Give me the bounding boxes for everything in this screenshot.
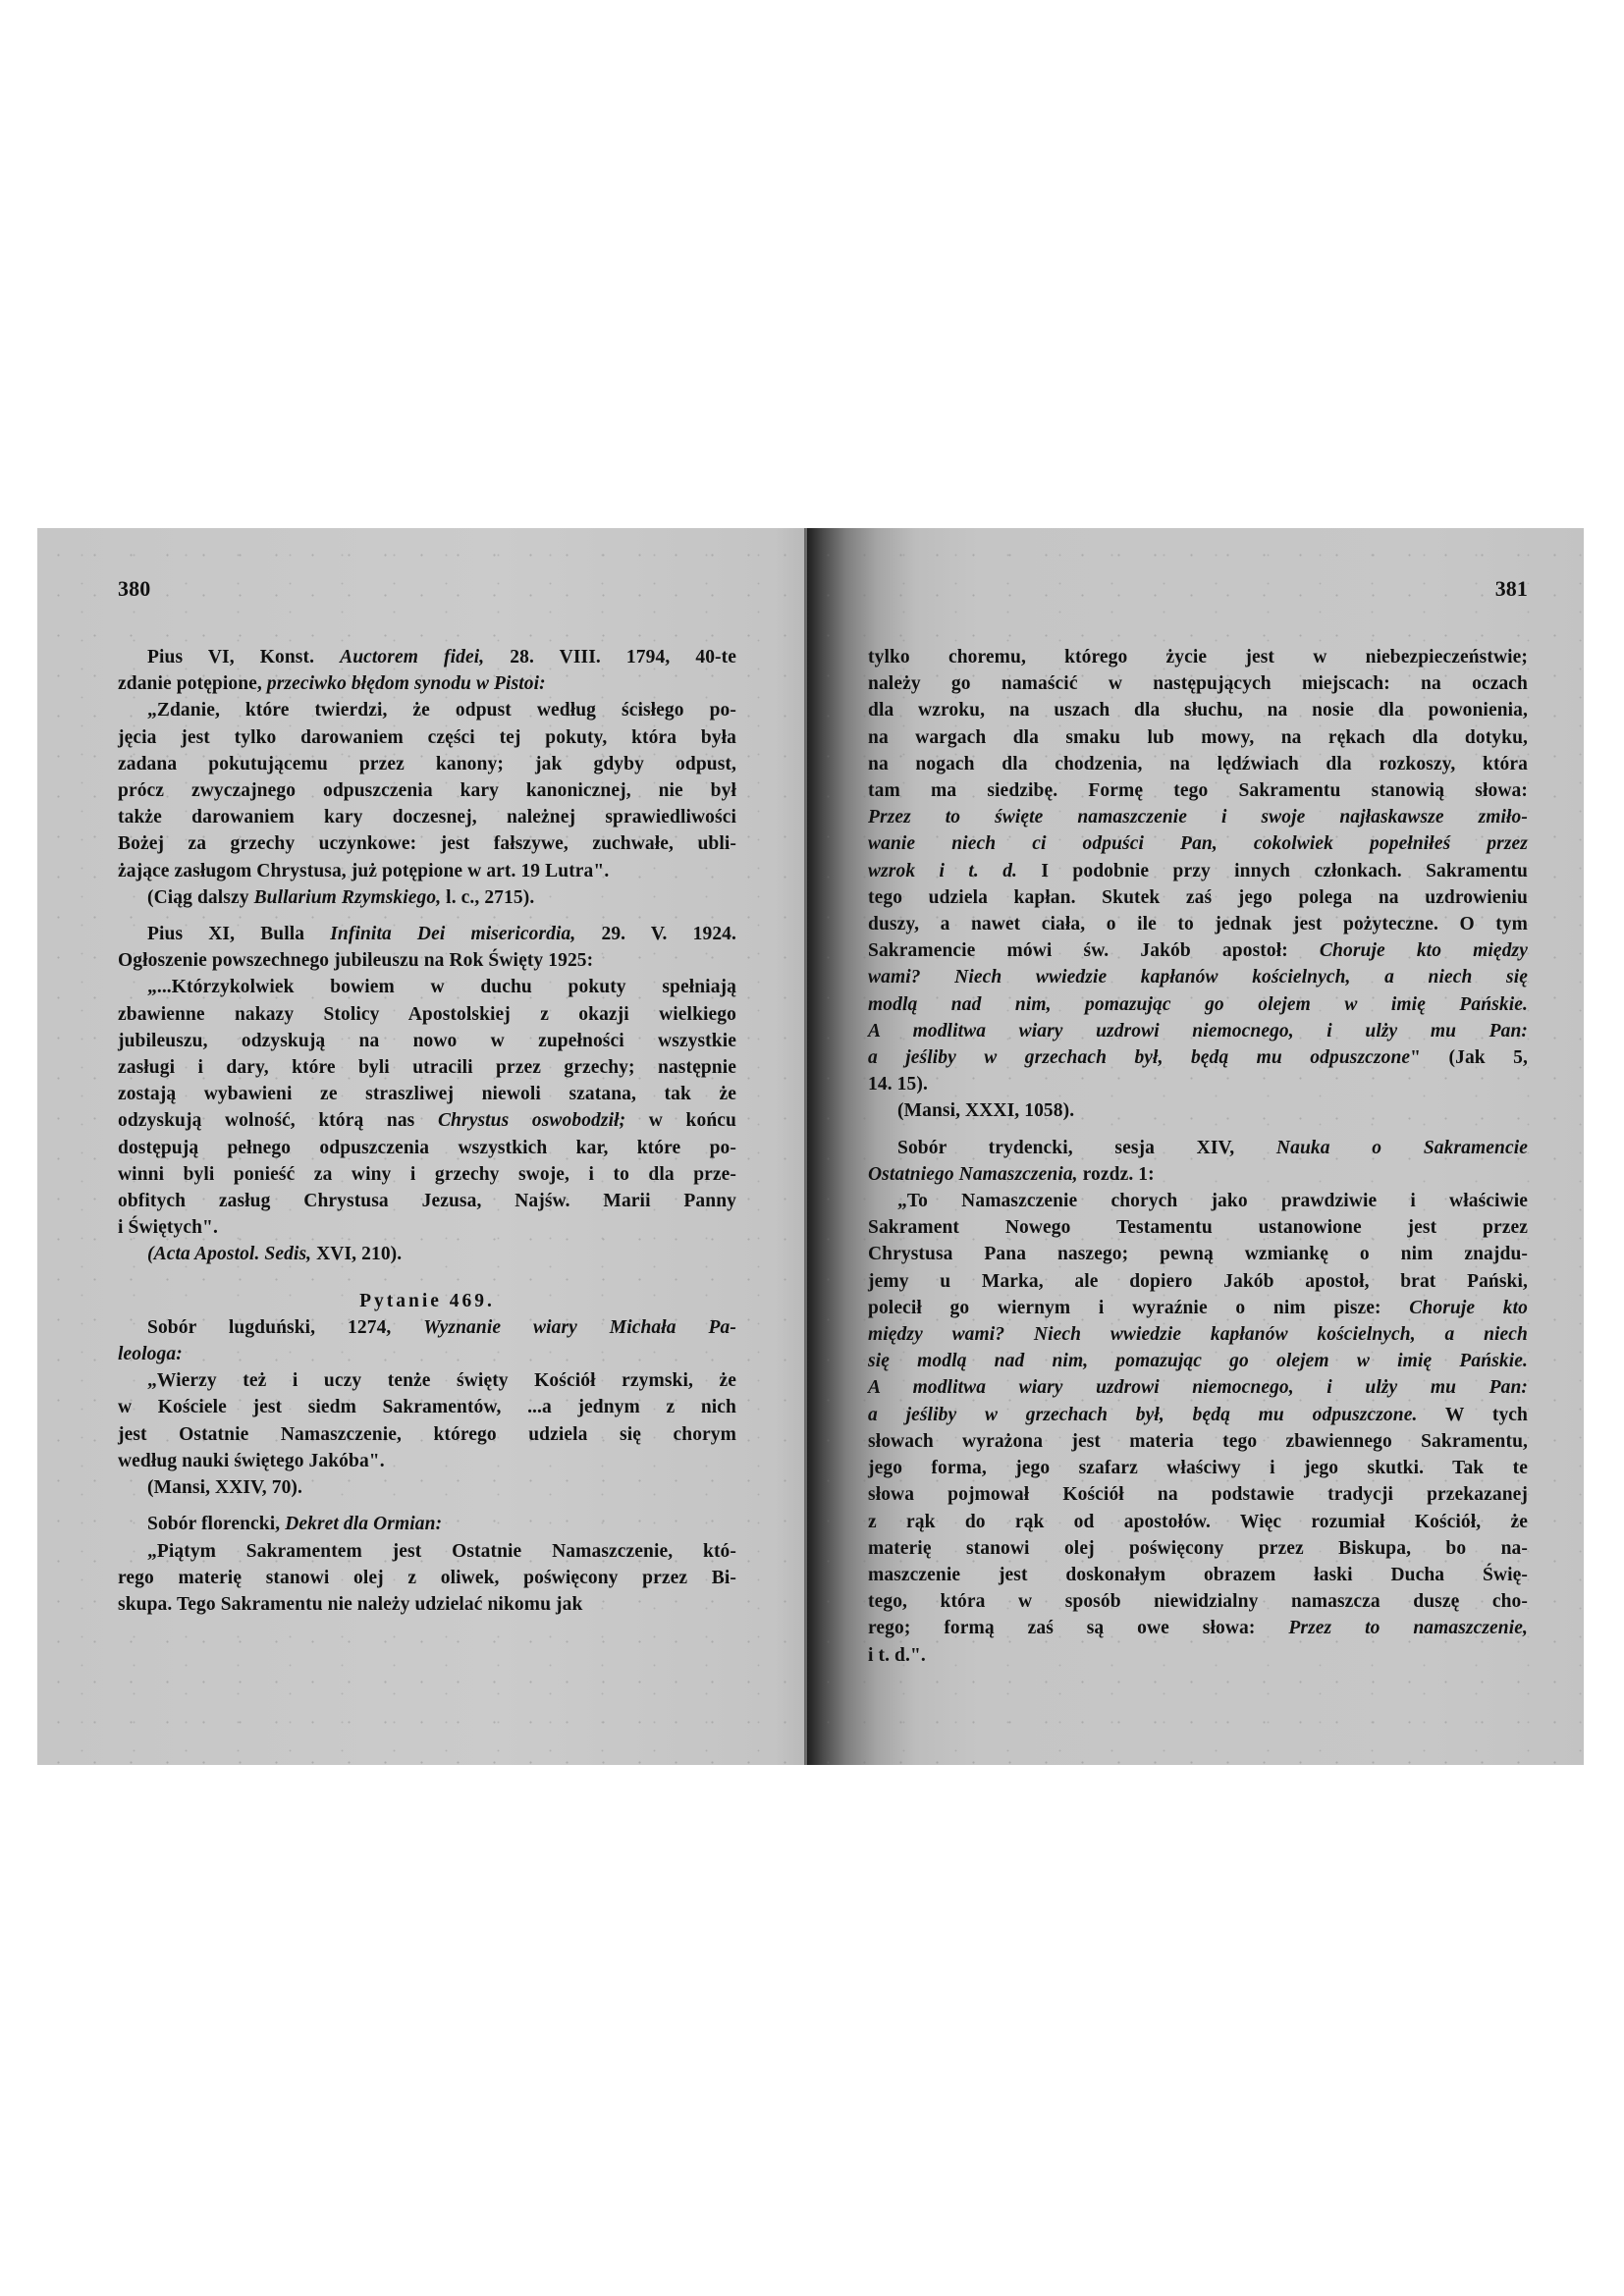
text-line: „Wierzy też i uczy tenże święty Kościół …: [118, 1367, 736, 1394]
text-line: zbawienne nakazy Stolicy Apostolskiej z …: [118, 1001, 736, 1028]
text-line: jego forma, jego szafarz właściwy i jego…: [868, 1455, 1528, 1481]
text-line: i Świętych".: [118, 1214, 736, 1241]
left-page-text: 380 Pius VI, Konst. Auctorem fidei, 28. …: [118, 575, 736, 1618]
text-line: Sobór florencki, Dekret dla Ormian:: [118, 1511, 736, 1537]
text-line: wanie niech ci odpuści Pan, cokolwiek po…: [868, 830, 1528, 857]
text-line: leologa:: [118, 1341, 736, 1367]
text-line: Sakramencie mówi św. Jakób apostoł: Chor…: [868, 937, 1528, 964]
text-line: także darowaniem kary doczesnej, należne…: [118, 804, 736, 830]
right-page-text: 381 tylko choremu, którego życie jest w …: [868, 575, 1528, 1669]
text-line: Sobór lugduński, 1274, Wyznanie wiary Mi…: [118, 1314, 736, 1341]
text-line: się modlą nad nim, pomazując go olejem w…: [868, 1348, 1528, 1374]
text-line: rego; formą zaś są owe słowa: Przez to n…: [868, 1615, 1528, 1641]
book-spread-scan: 380 Pius VI, Konst. Auctorem fidei, 28. …: [37, 528, 1584, 1765]
text-line: polecił go wiernym i wyraźnie o nim pisz…: [868, 1295, 1528, 1321]
right-page-body: tylko choremu, którego życie jest w nieb…: [868, 644, 1528, 1669]
citation-line: (Ciąg dalszy Bullarium Rzymskiego, l. c.…: [118, 884, 736, 911]
text-line: Bożej za grzechy uczynkowe: jest fałszyw…: [118, 830, 736, 857]
text-line: Sakrament Nowego Testamentu ustanowione …: [868, 1214, 1528, 1241]
text-line: dostępują pełnego odpuszczenia wszystkic…: [118, 1135, 736, 1161]
text-line: tego, która w sposób niewidzialny namasz…: [868, 1588, 1528, 1615]
text-line: Pius VI, Konst. Auctorem fidei, 28. VIII…: [118, 644, 736, 670]
text-line: Ostatniego Namaszczenia, rozdz. 1:: [868, 1161, 1528, 1188]
text-line: rego materię stanowi olej z oliwek, pośw…: [118, 1565, 736, 1591]
text-line: Pius XI, Bulla Infinita Dei misericordia…: [118, 921, 736, 947]
citation-line: (Mansi, XXIV, 70).: [118, 1474, 736, 1501]
text-line: w Kościele jest siedm Sakramentów, ...a …: [118, 1394, 736, 1420]
text-line: zasługi i dary, które byli utracili prze…: [118, 1054, 736, 1081]
text-line: tego udziela kapłan. Skutek zaś jego pol…: [868, 884, 1528, 911]
text-line: na nogach dla chodzenia, na lędźwiach dl…: [868, 751, 1528, 777]
text-line: prócz zwyczajnego odpuszczenia kary kano…: [118, 777, 736, 804]
text-line: skupa. Tego Sakramentu nie należy udziel…: [118, 1591, 736, 1618]
text-line: jest Ostatnie Namaszczenie, którego udzi…: [118, 1421, 736, 1448]
page-number-right: 381: [868, 575, 1528, 644]
text-line: należy go namaścić w następujących miejs…: [868, 670, 1528, 697]
text-line: obfitych zasług Chrystusa Jezusa, Najśw.…: [118, 1188, 736, 1214]
text-line: według nauki świętego Jakóba".: [118, 1448, 736, 1474]
text-line: „Piątym Sakramentem jest Ostatnie Namasz…: [118, 1538, 736, 1565]
text-line: winni byli ponieść za winy i grzechy swo…: [118, 1161, 736, 1188]
section-heading: Pytanie 469.: [118, 1288, 736, 1314]
citation-line: (Acta Apostol. Sedis, XVI, 210).: [118, 1241, 736, 1267]
text-line: żające zasługom Chrystusa, już potępione…: [118, 858, 736, 884]
text-line: Chrystusa Pana naszego; pewną wzmiankę o…: [868, 1241, 1528, 1267]
text-line: i t. d.".: [868, 1642, 1528, 1669]
text-line: A modlitwa wiary uzdrowi niemocnego, i u…: [868, 1018, 1528, 1044]
page-number-left: 380: [118, 575, 736, 644]
text-line: na wargach dla smaku lub mowy, na rękach…: [868, 724, 1528, 751]
text-line: Sobór trydencki, sesja XIV, Nauka o Sakr…: [868, 1135, 1528, 1161]
text-line: zdanie potępione, przeciwko błędom synod…: [118, 670, 736, 697]
text-line: wzrok i t. d. I podobnie przy innych czł…: [868, 858, 1528, 884]
citation-line: (Mansi, XXXI, 1058).: [868, 1097, 1528, 1124]
text-line: materię stanowi olej poświęcony przez Bi…: [868, 1535, 1528, 1562]
text-line: wami? Niech wwiedzie kapłanów kościelnyc…: [868, 964, 1528, 990]
text-line: maszczenie jest doskonałym obrazem łaski…: [868, 1562, 1528, 1588]
text-line: zostają wybawieni ze straszliwej niewoli…: [118, 1081, 736, 1107]
text-line: jęcia jest tylko darowaniem części tej p…: [118, 724, 736, 751]
text-line: modlą nad nim, pomazując go olejem w imi…: [868, 991, 1528, 1018]
text-line: tam ma siedzibę. Formę tego Sakramentu s…: [868, 777, 1528, 804]
text-line: jemy u Marka, ale dopiero Jakób apostoł,…: [868, 1268, 1528, 1295]
text-line: odzyskują wolność, którą nas Chrystus os…: [118, 1107, 736, 1134]
text-line: a jeśliby w grzechach był, będą mu odpus…: [868, 1402, 1528, 1428]
text-line: a jeśliby w grzechach był, będą mu odpus…: [868, 1044, 1528, 1071]
text-line: między wami? Niech wwiedzie kapłanów koś…: [868, 1321, 1528, 1348]
text-line: „To Namaszczenie chorych jako prawdziwie…: [868, 1188, 1528, 1214]
text-line: „Zdanie, które twierdzi, że odpust wedłu…: [118, 697, 736, 723]
text-line: A modlitwa wiary uzdrowi niemocnego, i u…: [868, 1374, 1528, 1401]
text-line: słowa pojmował Kościół na podstawie trad…: [868, 1481, 1528, 1508]
text-line: jubileuszu, odzyskują na nowo w zupełnoś…: [118, 1028, 736, 1054]
text-line: Przez to święte namaszczenie i swoje naj…: [868, 804, 1528, 830]
left-page-body: Pius VI, Konst. Auctorem fidei, 28. VIII…: [118, 644, 736, 1618]
text-line: tylko choremu, którego życie jest w nieb…: [868, 644, 1528, 670]
text-line: „...Którzykolwiek bowiem w duchu pokuty …: [118, 974, 736, 1000]
text-line: duszy, a nawet ciała, o ile to jednak je…: [868, 911, 1528, 937]
text-line: słowach wyrażona jest materia tego zbawi…: [868, 1428, 1528, 1455]
text-line: Ogłoszenie powszechnego jubileuszu na Ro…: [118, 947, 736, 974]
text-line: zadana pokutującemu przez kanony; jak gd…: [118, 751, 736, 777]
text-line: 14. 15).: [868, 1071, 1528, 1097]
text-line: z rąk do rąk od apostołów. Więc rozumiał…: [868, 1509, 1528, 1535]
text-line: dla wzroku, na uszach dla słuchu, na nos…: [868, 697, 1528, 723]
